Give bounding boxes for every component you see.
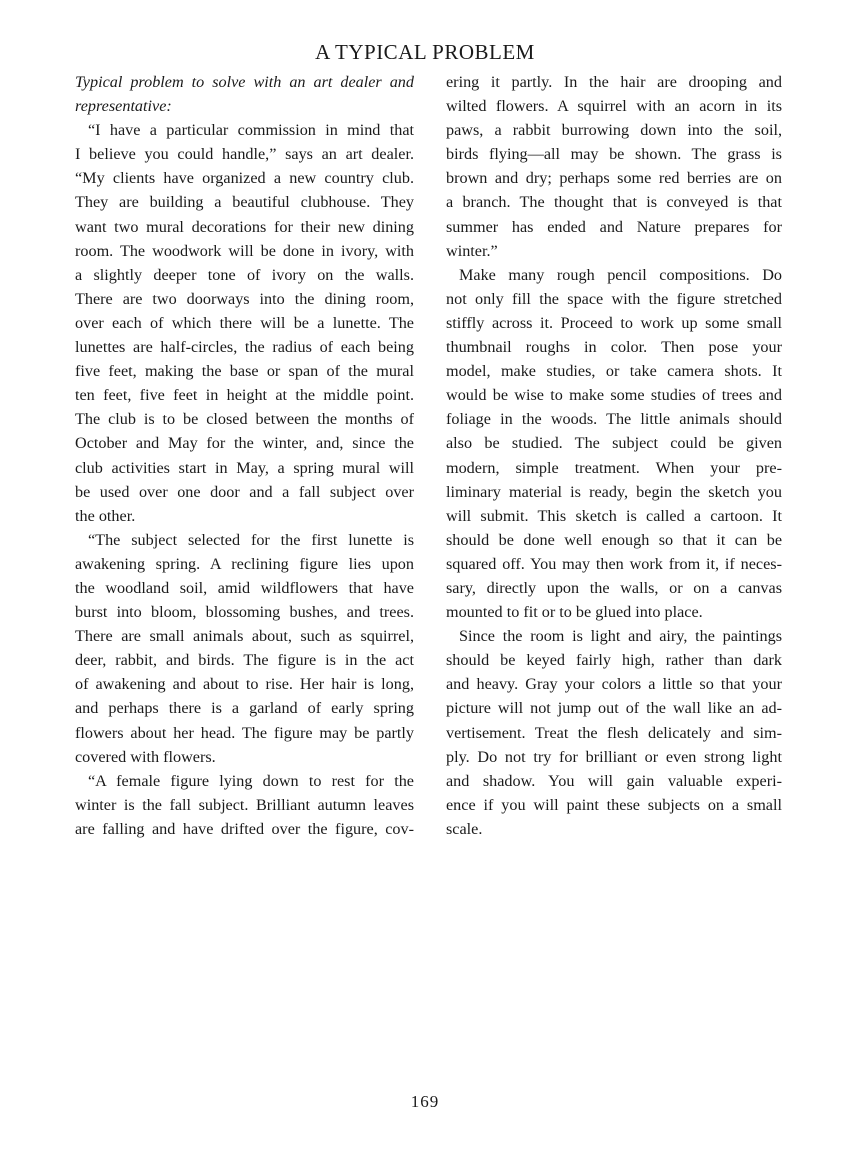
text-line: Typical problem to solve with an art dea… (75, 70, 414, 94)
text-line: brown and dry; perhaps some red berries … (446, 166, 782, 190)
text-line: vertisement. Treat the flesh delicately … (446, 721, 782, 745)
text-line: model, make studies, or take camera shot… (446, 359, 782, 383)
left-column: Typical problem to solve with an art dea… (75, 70, 414, 841)
text-line: lunettes are half-circles, the radius of… (75, 335, 414, 359)
text-line: ten feet, five feet in height at the mid… (75, 383, 414, 407)
page-number: 169 (0, 1092, 850, 1112)
text-line: wilted flowers. A squirrel with an acorn… (446, 94, 782, 118)
text-line: I believe you could handle,” says an art… (75, 142, 414, 166)
text-line: mounted to fit or to be glued into place… (446, 600, 782, 624)
text-line: modern, simple treatment. When your pre- (446, 456, 782, 480)
text-line: a slightly deeper tone of ivory on the w… (75, 263, 414, 287)
text-line: deer, rabbit, and birds. The figure is i… (75, 648, 414, 672)
text-line: will submit. This sketch is called a car… (446, 504, 782, 528)
text-line: There are small animals about, such as s… (75, 624, 414, 648)
text-line: be used over one door and a fall subject… (75, 480, 414, 504)
text-line: sary, directly upon the walls, or on a c… (446, 576, 782, 600)
text-line: not only fill the space with the figure … (446, 287, 782, 311)
text-line: squared off. You may then work from it, … (446, 552, 782, 576)
text-line: thumbnail roughs in color. Then pose you… (446, 335, 782, 359)
text-line: over each of which there will be a lunet… (75, 311, 414, 335)
text-line: There are two doorways into the dining r… (75, 287, 414, 311)
running-head: A TYPICAL PROBLEM (0, 40, 850, 65)
text-line: burst into bloom, blossoming bushes, and… (75, 600, 414, 624)
text-line: They are building a beautiful clubhouse.… (75, 190, 414, 214)
text-line: summer has ended and Nature prepares for (446, 215, 782, 239)
text-line: October and May for the winter, and, sin… (75, 431, 414, 455)
text-line: are falling and have drifted over the fi… (75, 817, 414, 841)
text-line: should be keyed fairly high, rather than… (446, 648, 782, 672)
text-line: Since the room is light and airy, the pa… (446, 624, 782, 648)
text-line: winter.” (446, 239, 782, 263)
text-line: flowers about her head. The figure may b… (75, 721, 414, 745)
text-line: “My clients have organized a new country… (75, 166, 414, 190)
text-line: five feet, making the base or span of th… (75, 359, 414, 383)
text-line: want two mural decorations for their new… (75, 215, 414, 239)
text-line: would be wise to make some studies of tr… (446, 383, 782, 407)
text-line: awakening spring. A reclining figure lie… (75, 552, 414, 576)
text-line: and perhaps there is a garland of early … (75, 696, 414, 720)
text-line: The club is to be closed between the mon… (75, 407, 414, 431)
text-line: representative: (75, 94, 414, 118)
text-line: Make many rough pencil compositions. Do (446, 263, 782, 287)
text-line: paws, a rabbit burrowing down into the s… (446, 118, 782, 142)
text-line: and heavy. Gray your colors a little so … (446, 672, 782, 696)
text-line: also be studied. The subject could be gi… (446, 431, 782, 455)
text-line: the woodland soil, amid wildflowers that… (75, 576, 414, 600)
text-line: scale. (446, 817, 782, 841)
text-line: a branch. The thought that is conveyed i… (446, 190, 782, 214)
text-line: stiffly across it. Proceed to work up so… (446, 311, 782, 335)
right-column: ering it partly. In the hair are droopin… (446, 70, 782, 841)
text-line: “The subject selected for the first lune… (75, 528, 414, 552)
text-line: and shadow. You will gain valuable exper… (446, 769, 782, 793)
text-line: club activities start in May, a spring m… (75, 456, 414, 480)
text-line: liminary material is ready, begin the sk… (446, 480, 782, 504)
text-line: of awakening and about to rise. Her hair… (75, 672, 414, 696)
text-line: should be done well enough so that it ca… (446, 528, 782, 552)
text-line: “A female figure lying down to rest for … (75, 769, 414, 793)
text-line: ply. Do not try for brilliant or even st… (446, 745, 782, 769)
text-line: winter is the fall subject. Brilliant au… (75, 793, 414, 817)
text-line: birds flying—all may be shown. The grass… (446, 142, 782, 166)
text-line: foliage in the woods. The little animals… (446, 407, 782, 431)
text-line: picture will not jump out of the wall li… (446, 696, 782, 720)
text-line: covered with flowers. (75, 745, 414, 769)
text-line: the other. (75, 504, 414, 528)
text-line: ering it partly. In the hair are droopin… (446, 70, 782, 94)
text-line: “I have a particular commission in mind … (75, 118, 414, 142)
text-line: ence if you will paint these subjects on… (446, 793, 782, 817)
text-line: room. The woodwork will be done in ivory… (75, 239, 414, 263)
